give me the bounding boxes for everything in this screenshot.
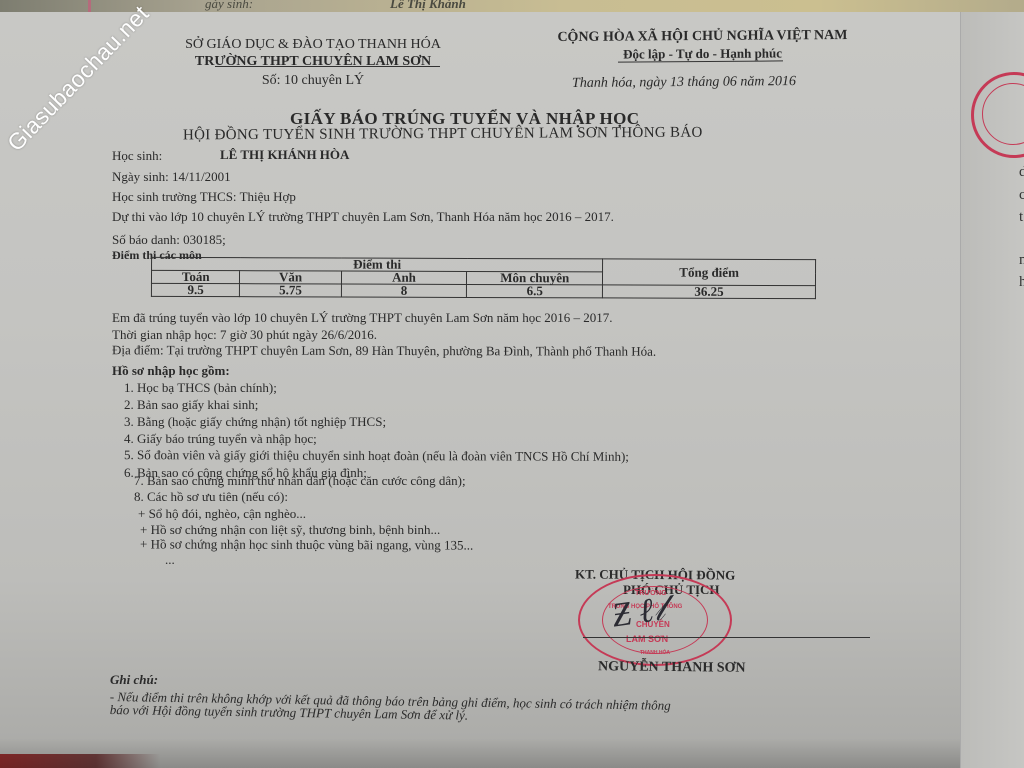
candidate-number: Số báo danh: 030185; (112, 232, 226, 248)
score-value: 9.5 (151, 283, 239, 296)
document-item: 4. Giấy báo trúng tuyển và nhập học; (124, 431, 317, 447)
handwritten-signature: Ƶ ℓ𝓁 (610, 591, 668, 636)
adjacent-text: t (1019, 209, 1023, 226)
underlying-text-right: Lê Thị Khánh (390, 0, 466, 12)
note-label: Ghi chú: (110, 672, 158, 688)
documents-ellipsis: ... (165, 552, 175, 568)
underlying-text-left: gày sinh: (205, 0, 253, 12)
document-item: 3. Bằng (hoặc giấy chứng nhận) tốt nghiệ… (124, 414, 386, 430)
document-number: Số: 10 chuyên LÝ (148, 73, 478, 89)
enrollment-time: Thời gian nhập học: 7 giờ 30 phút ngày 2… (112, 327, 377, 343)
adjacent-page: d c t n h (960, 12, 1024, 768)
documents-label: Hồ sơ nhập học gồm: (112, 363, 230, 379)
school-name: TRƯỜNG THPT CHUYÊN LAM SƠN (148, 54, 478, 70)
bottom-edge (0, 754, 160, 768)
document-item: 2. Bản sao giấy khai sinh; (124, 397, 258, 413)
signer-name: NGUYỄN THANH SƠN (598, 659, 746, 677)
total-header: Tổng điểm (603, 259, 816, 286)
document-subitem: + Sổ hộ đói, nghèo, cận nghèo... (138, 506, 306, 522)
total-score: 36.25 (603, 285, 816, 299)
adjacent-page-stamp (971, 72, 1024, 158)
scores-table: Điểm thi Tổng điểm Toán Văn Anh Môn chuy… (151, 257, 816, 299)
adjacent-text: n (1019, 252, 1024, 269)
adjacent-text: c (1019, 187, 1024, 204)
document-item: 7. Bản sao chứng minh thư nhân dân (hoặc… (134, 473, 466, 489)
document-subtitle: HỘI ĐỒNG TUYỂN SINH TRƯỜNG THPT CHUYÊN L… (183, 125, 703, 145)
school-underline (215, 66, 440, 67)
student-name: LÊ THỊ KHÁNH HÒA (220, 147, 349, 163)
issue-date: Thanh hóa, ngày 13 tháng 06 năm 2016 (572, 74, 796, 92)
adjacent-text: d (1019, 164, 1024, 181)
student-school: Học sinh trường THCS: Thiệu Hợp (112, 189, 296, 205)
score-value: 6.5 (467, 284, 603, 297)
document-item: 8. Các hồ sơ ưu tiên (nếu có): (134, 489, 288, 505)
header-right: CỘNG HÒA XÃ HỘI CHỦ NGHĨA VIỆT NAM Độc l… (505, 28, 900, 64)
exam-info: Dự thi vào lớp 10 chuyên LÝ trường THPT … (112, 209, 614, 225)
document-item: 1. Học bạ THCS (bản chính); (124, 380, 277, 396)
student-label: Học sinh: (112, 148, 162, 164)
header-left: SỞ GIÁO DỤC & ĐÀO TẠO THANH HÓA TRƯỜNG T… (148, 37, 478, 89)
score-value: 5.75 (240, 284, 341, 297)
student-dob: Ngày sinh: 14/11/2001 (112, 169, 231, 185)
adjacent-text: h (1019, 274, 1024, 291)
stamp-text: THANH HÓA (640, 650, 670, 656)
country-name: CỘNG HÒA XÃ HỘI CHỦ NGHĨA VIỆT NAM (505, 28, 900, 47)
score-value: 8 (341, 284, 467, 297)
signature-line (583, 637, 870, 638)
admission-statement: Em đã trúng tuyển vào lớp 10 chuyên LÝ t… (112, 310, 613, 326)
document-item: 5. Sổ đoàn viên và giấy giới thiệu chuyể… (124, 447, 629, 465)
document-subitem: + Hồ sơ chứng nhận học sinh thuộc vùng b… (140, 536, 473, 553)
enrollment-location: Địa điểm: Tại trường THPT chuyên Lam Sơn… (112, 342, 656, 359)
stamp-text: LAM SƠN (626, 634, 668, 644)
department-name: SỞ GIÁO DỤC & ĐÀO TẠO THANH HÓA (148, 37, 478, 53)
